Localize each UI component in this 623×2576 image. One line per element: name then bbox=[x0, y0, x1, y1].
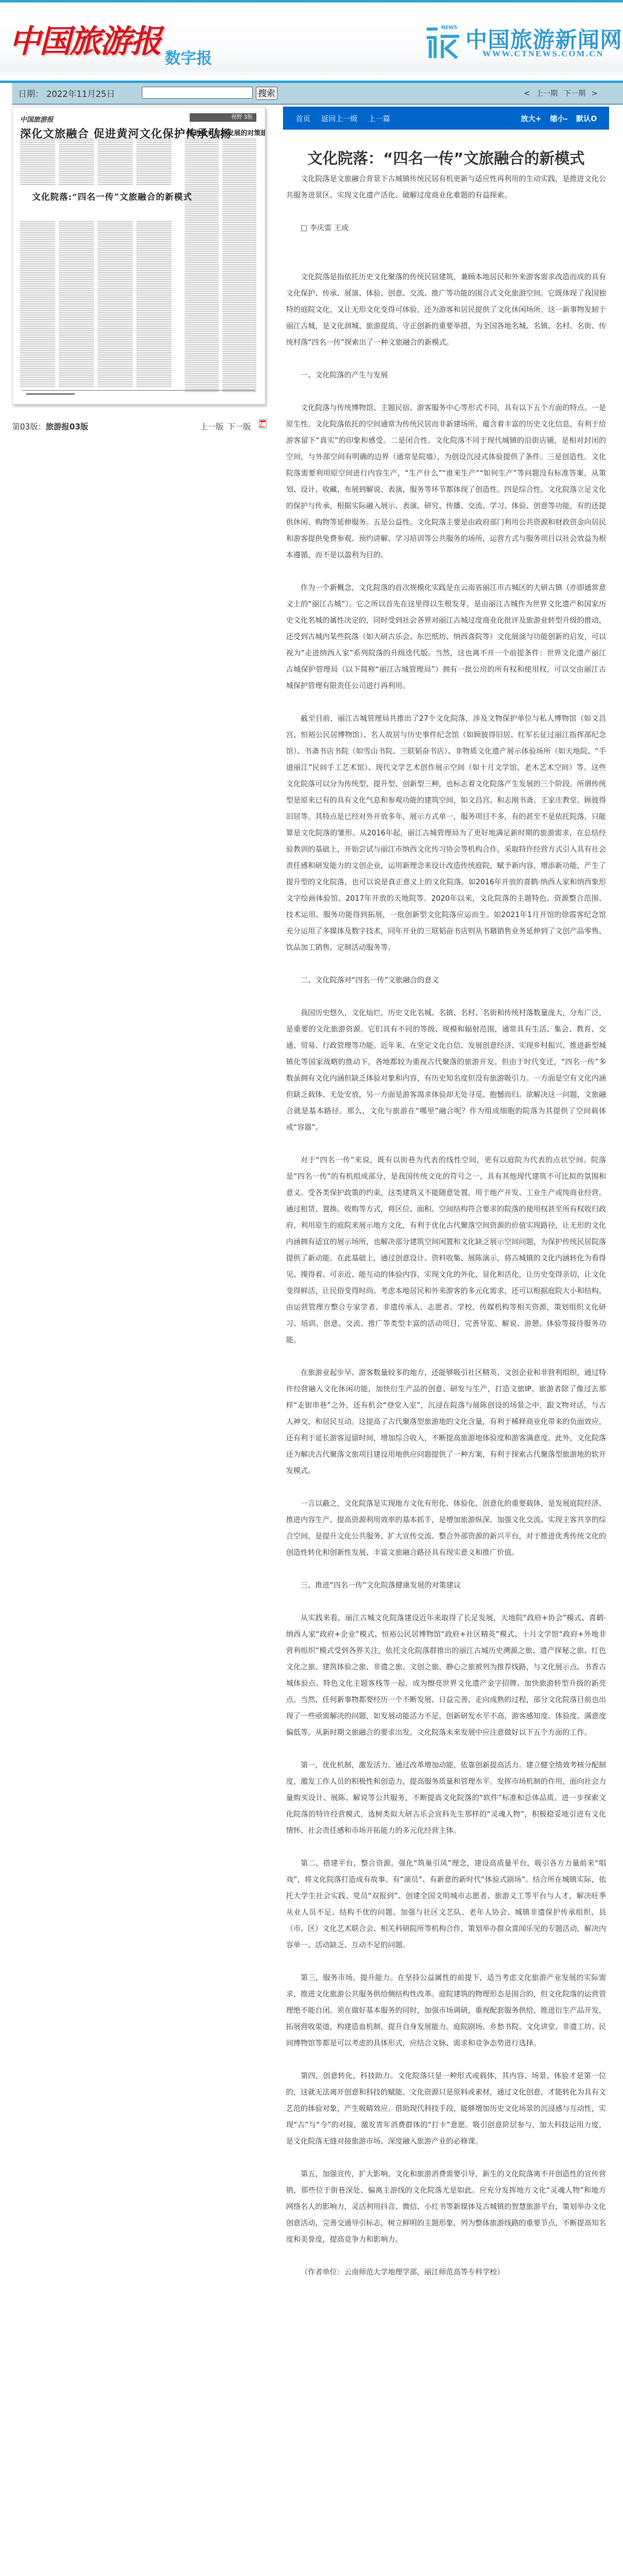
paragraph: 文化院落是指依托历史文化聚落的传统民居建筑，兼顾本地居民和外来游客需求改造而成的… bbox=[283, 269, 609, 351]
paragraph: 我国历史悠久，文化灿烂，历史文化名城、名镇、名村、名街和传统村落数量庞大，分布广… bbox=[283, 1005, 609, 1136]
thumbnail-text-column[interactable] bbox=[136, 221, 172, 388]
prev-page-link[interactable]: 上一版 bbox=[200, 423, 224, 432]
thumbnail-text-column[interactable] bbox=[185, 139, 219, 393]
thumbnail-text-column[interactable] bbox=[20, 221, 55, 388]
default-size-button[interactable]: 默认O bbox=[576, 114, 597, 123]
page-name: 旅游报03版 bbox=[46, 423, 88, 432]
pdf-download-icon[interactable] bbox=[259, 419, 267, 428]
thumbnail-text-column[interactable] bbox=[222, 139, 256, 393]
thumbnail-headline-hiking[interactable]: 推进徒步旅游发展的对策建议 bbox=[187, 128, 265, 137]
thumbnail-text-column[interactable] bbox=[98, 139, 133, 185]
ctnews-url: WWW.CTNEWS.COM.CN bbox=[482, 50, 604, 59]
paragraph: 从实践来看，丽江古城文化院落建设近年来取得了长足发展，天地院“政府+协会”模式、… bbox=[283, 1610, 609, 1741]
back-link[interactable]: 返回上一级 bbox=[321, 114, 358, 123]
zoom-in-button[interactable]: 放大+ bbox=[521, 114, 541, 123]
paragraph: 第四，创意转化，科技助力。文化院落只是一种形式或载体，其内容、场景、体验才是第一… bbox=[283, 2068, 609, 2150]
thumbnail-section-tag: 视野 3版 bbox=[190, 113, 256, 122]
section-heading-1: 一、文化院落的产生与发展 bbox=[283, 367, 609, 383]
news-tag: NEWS bbox=[441, 25, 458, 30]
issue-date: 日期： 2022年11月25日 bbox=[18, 88, 115, 100]
thumbnail-headline-area: 文化院落:“四名一传”文旅融合的新模式 bbox=[20, 185, 181, 216]
thumbnail-text-column[interactable] bbox=[59, 221, 94, 388]
next-issue-link[interactable]: 下一期 > bbox=[564, 89, 598, 98]
digital-edition-label: 数字报 bbox=[165, 46, 212, 68]
newspaper-logo[interactable]: 中国旅游报 bbox=[9, 16, 161, 61]
search-button[interactable]: 搜索 bbox=[256, 87, 278, 100]
thumbnail-text-column[interactable] bbox=[98, 221, 133, 388]
page-thumbnail[interactable]: 中国旅游报 视野 3版 深化文旅融合 促进黄河文化保护传承弘扬 推进徒步旅游发展… bbox=[12, 107, 265, 405]
search-input[interactable] bbox=[142, 87, 253, 99]
thumbnail-footer bbox=[22, 390, 255, 396]
article-body: 文化院落是文旅融合背景下古城镇传统民居有机更新与适应性再利用的生动实践，是推进文… bbox=[283, 171, 609, 2280]
paragraph: 文化院落与传统博物馆、主题民宿、游客服务中心等形式不同，具有以下五个方面的特点。… bbox=[283, 400, 609, 563]
paragraph: 在旅游业起步早、游客数量较多的地方，还能够吸引社区精英、文创企业和非营利组织，通… bbox=[283, 1365, 609, 1479]
thumbnail-text-column[interactable] bbox=[136, 139, 172, 185]
home-link[interactable]: 首页 bbox=[296, 114, 310, 123]
article: 文化院落：“四名一传”文旅融合的新模式 文化院落是文旅融合背景下古城镇传统民居有… bbox=[283, 130, 609, 2280]
article-toolbar: 首页 返回上一级 上一篇 放大+ 缩小- 默认O bbox=[283, 107, 609, 130]
paragraph: 截至目前，丽江古城管理局共推出了27个文化院落，涉及文物保护单位与私人博物馆（如… bbox=[283, 710, 609, 956]
author-affiliation: （作者单位：云南师范大学地理学部，丽江师范高等专科学校） bbox=[283, 2264, 609, 2280]
paragraph: 第三，服务市场，提升能力。在坚持公益属性的前提下，适当考虑文化旅游产业发展的实际… bbox=[283, 1970, 609, 2051]
section-heading-3: 三、推进“四名一传”文化院落健康发展的对策建议 bbox=[283, 1577, 609, 1594]
thumbnail-text-column[interactable] bbox=[59, 139, 94, 185]
next-page-link[interactable]: 下一版 bbox=[227, 423, 251, 432]
prev-article-link[interactable]: 上一篇 bbox=[368, 114, 390, 123]
thumbnail-headline-courtyard[interactable]: 文化院落:“四名一传”文旅融合的新模式 bbox=[32, 191, 192, 203]
paragraph: 一言以蔽之，文化院落是实现地方文化有形化、体验化、创意化的重要载体，是发展庭院经… bbox=[283, 1495, 609, 1561]
thumbnail-text-column[interactable] bbox=[20, 139, 55, 185]
paragraph: 作为一个新概念，文化院落的首次规模化实践是在云南省丽江市古城区的大研古镇（亦即通… bbox=[283, 580, 609, 694]
page-navigation: 上一版 下一版 bbox=[200, 420, 251, 432]
prev-issue-link[interactable]: < 上一期 bbox=[524, 89, 558, 98]
issue-navigation: < 上一期 下一期 > bbox=[524, 88, 598, 98]
article-author: □ 李庆雷 王成 bbox=[283, 220, 609, 236]
article-intro: 文化院落是文旅融合背景下古城镇传统民居有机更新与适应性再利用的生动实践，是推进文… bbox=[283, 171, 609, 204]
paragraph: 第二，搭建平台，整合资源。强化“筑巢引凤”理念，建设高质量平台，吸引各方力量前来… bbox=[283, 1855, 609, 1953]
date-bar: 日期： 2022年11月25日 搜索 < 上一期 下一期 > bbox=[12, 83, 623, 105]
site-banner: 中国旅游报 数字报 NEWS 中国旅游新闻网 WWW.CTNEWS.COM.CN bbox=[0, 2, 623, 81]
article-title: 文化院落：“四名一传”文旅融合的新模式 bbox=[283, 147, 609, 171]
paragraph: 第五，加强宣传，扩大影响。文化和旅游消费需要引导，新生的文化院落离不开创造性的宣… bbox=[283, 2166, 609, 2248]
zoom-out-button[interactable]: 缩小- bbox=[550, 114, 568, 123]
paragraph: 第一，优化机制，激发活力。通过改革增加动能，依靠创新提高活力。建立健全绩效考核分… bbox=[283, 1757, 609, 1839]
section-heading-2: 二、文化院落对“四名一传”文旅融合的意义 bbox=[283, 972, 609, 988]
thumbnail-masthead: 中国旅游报 bbox=[20, 114, 53, 124]
paragraph: 对于“四名一传”来说，既有以街巷为代表的线性空间，更有以庭院为代表的点状空间。院… bbox=[283, 1152, 609, 1348]
page-label: 第03版：旅游报03版 bbox=[12, 420, 88, 432]
